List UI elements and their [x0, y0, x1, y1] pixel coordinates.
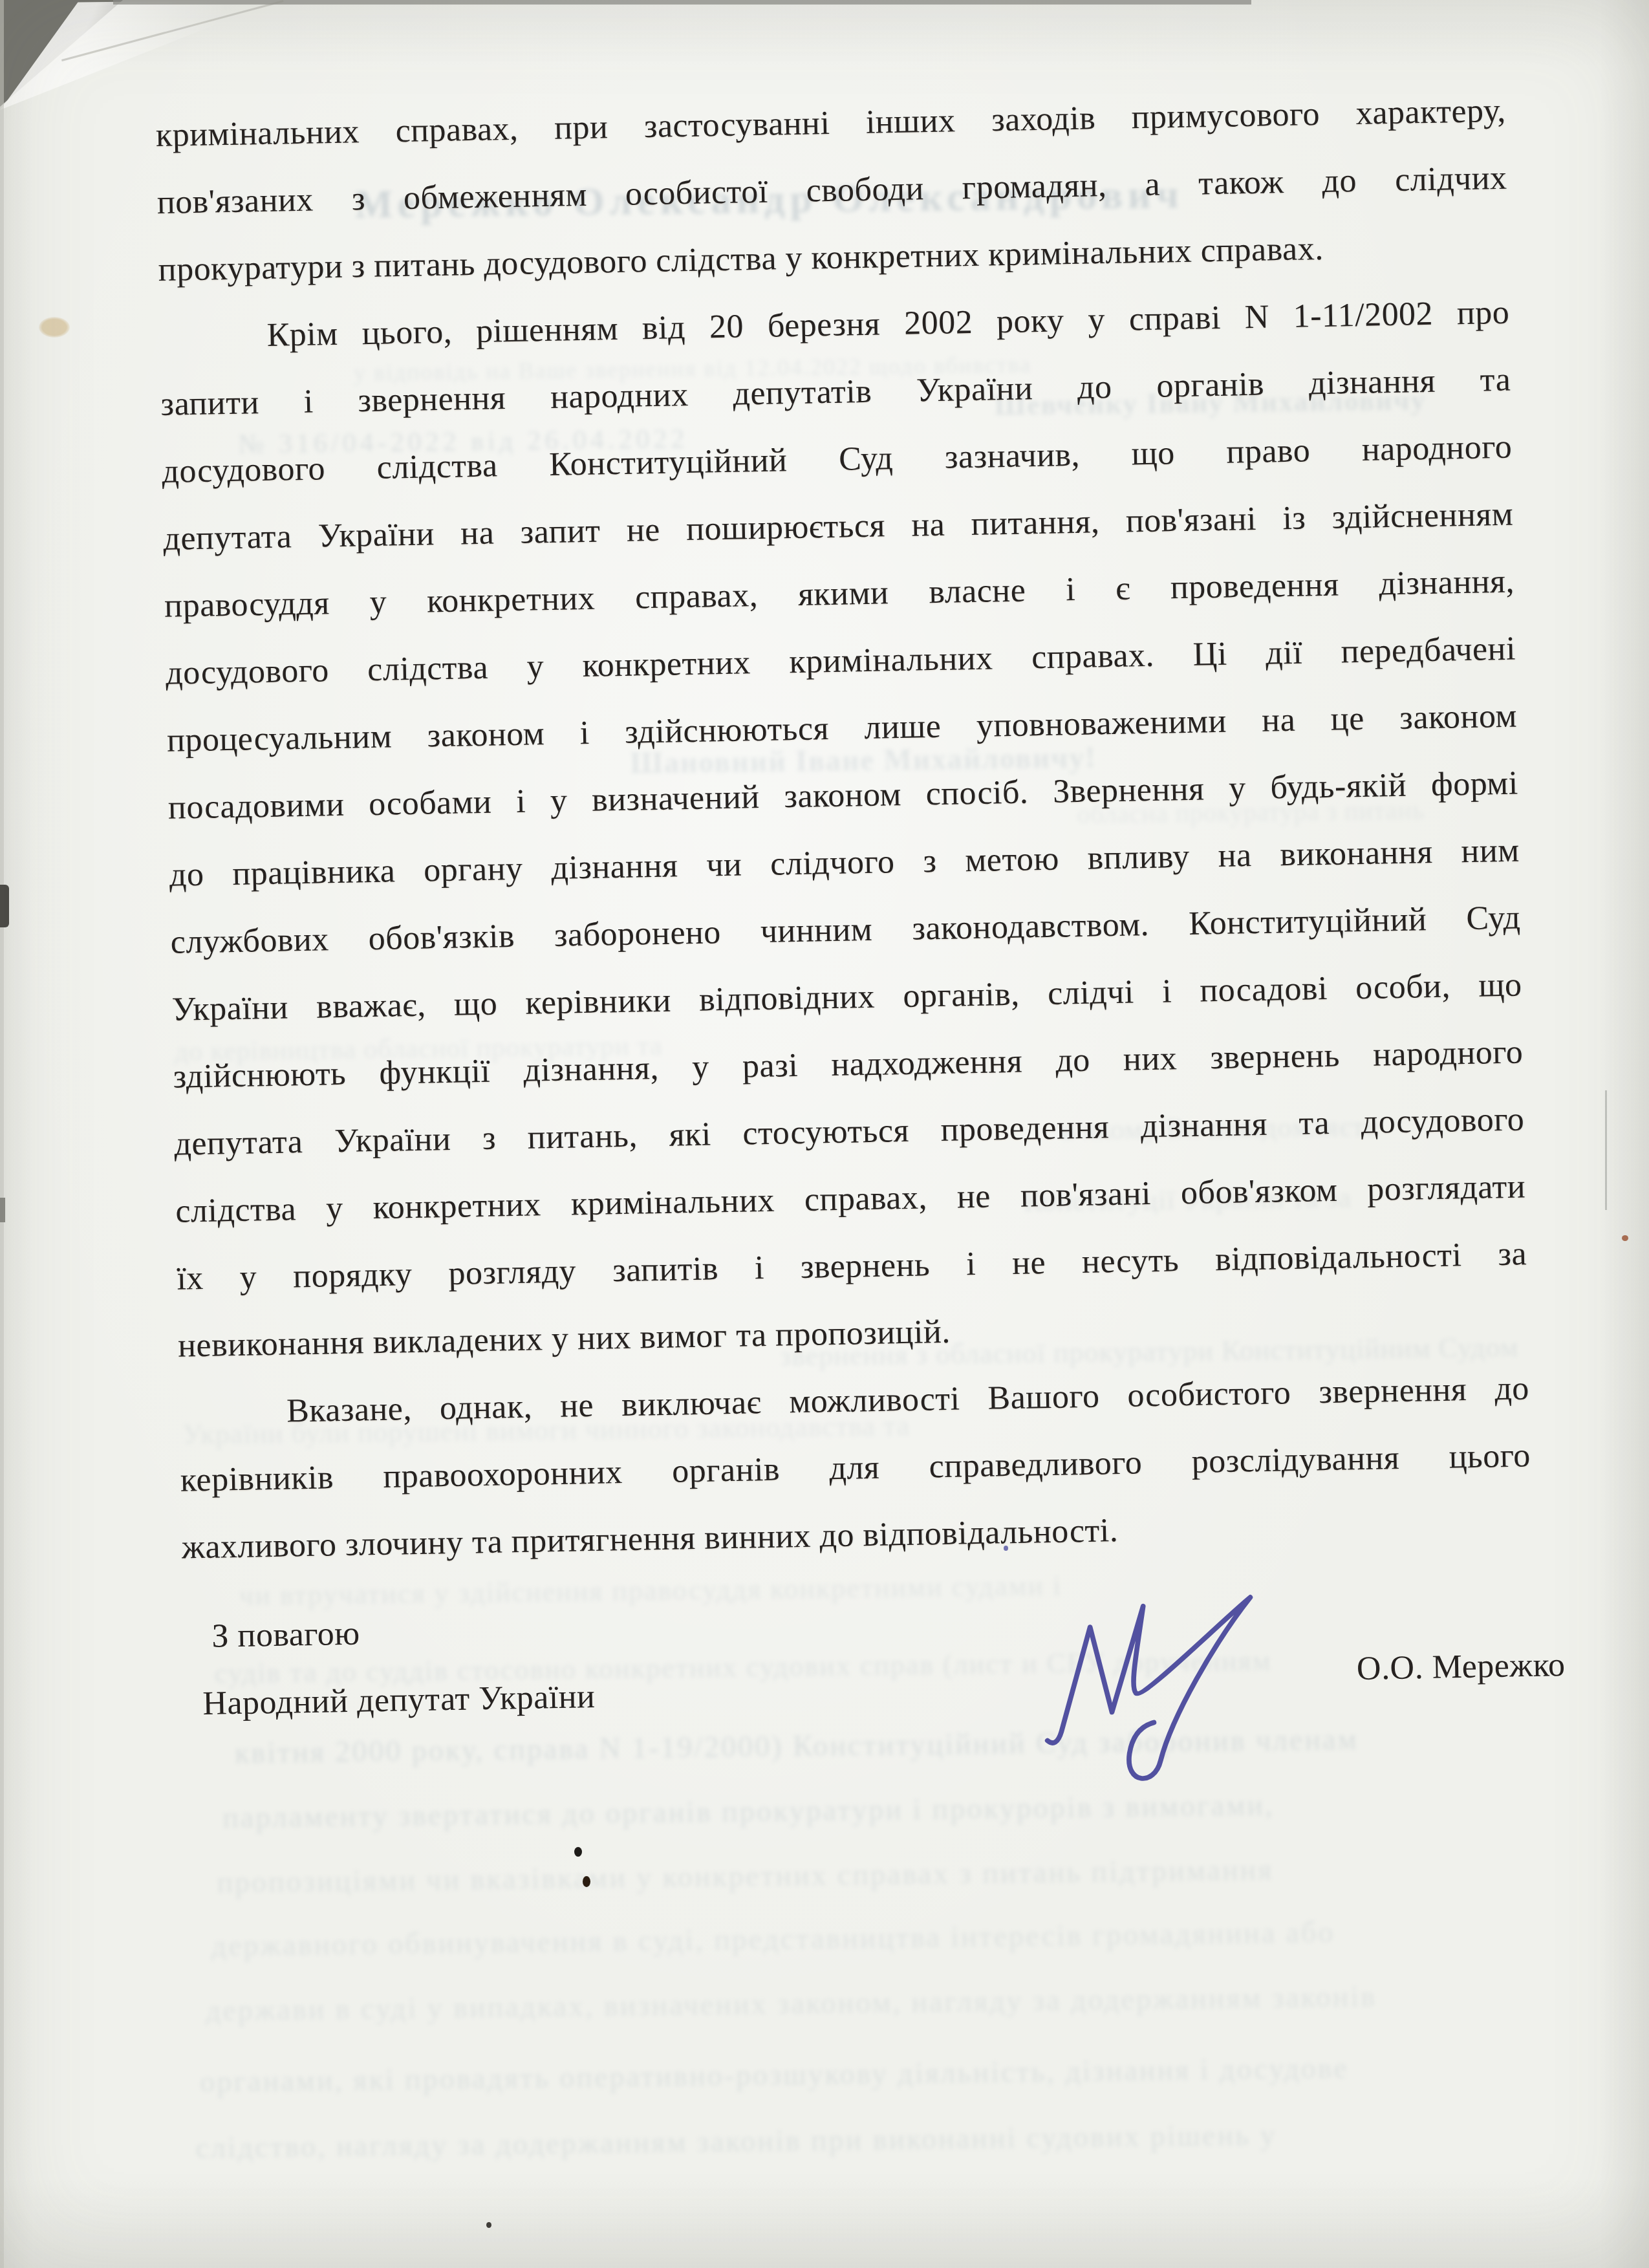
scanned-letter-page: Мережко Олександр Олександровичу відпові… — [0, 0, 1649, 2268]
paper-speck — [1622, 1235, 1628, 1241]
bleedthrough-line: пропозиціями чи вказівками у конкретних … — [217, 1852, 1273, 1899]
letter-body: кримінальних справах, при застосуванні і… — [155, 78, 1535, 1738]
bleedthrough-line: державного обвинувачення в суді, предста… — [211, 1915, 1335, 1963]
paragraph: кримінальних справах, при застосуванні і… — [155, 78, 1509, 304]
paragraph: Крім цього, рішенням від 20 березня 2002… — [159, 279, 1529, 1380]
paper-stain — [39, 317, 70, 338]
bleedthrough-line: держави в суді у випадках, визначених за… — [206, 1979, 1377, 2027]
ink-dot — [574, 1847, 582, 1857]
scan-top-edge-shadow — [113, 0, 1251, 5]
closing-block: З повагою Народний депутат України — [183, 1579, 1535, 1738]
signature-icon — [1017, 1553, 1286, 1809]
scan-left-edge — [0, 0, 4, 2268]
bleedthrough-line: органами, які провадять оперативно-розшу… — [200, 2051, 1349, 2099]
underlying-sheet-edge-shadow — [1605, 1090, 1607, 1210]
left-edge-mark — [0, 1198, 5, 1222]
left-edge-mark — [0, 885, 9, 927]
signee-name: О.О. Мережко — [1356, 1646, 1565, 1688]
ink-dot — [583, 1876, 590, 1887]
bleedthrough-line: слідство, нагляду за додержанням законів… — [195, 2117, 1277, 2165]
paragraph: Вказане, однак, не виключає можливості В… — [178, 1355, 1532, 1581]
paper-speck — [1004, 1546, 1008, 1551]
paper-speck — [486, 2222, 491, 2228]
